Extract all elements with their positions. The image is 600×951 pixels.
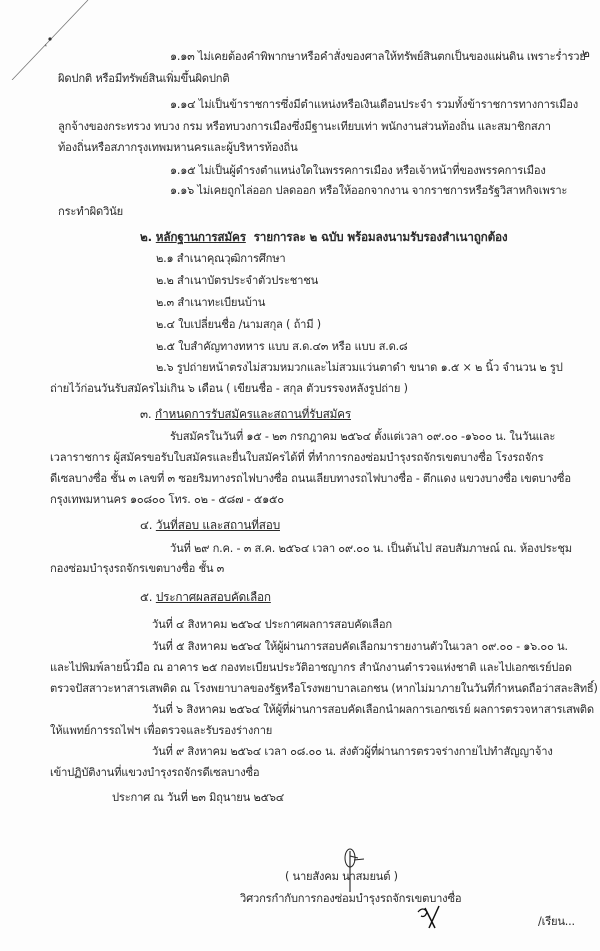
- section-3-title: กำหนดการรับสมัครและสถานที่รับสมัคร: [155, 407, 351, 421]
- section-5-line2: วันที่ ๕ สิงหาคม ๒๕๖๔ ให้ผู้ผ่านการสอบคั…: [152, 640, 568, 654]
- item-2-5: ๒.๕ ใบสำคัญทางทหาร แบบ ส.ด.๔๓ หรือ แบบ ส…: [156, 340, 407, 354]
- section-4-line1: วันที่ ๒๙ ก.ค. - ๓ ส.ค. ๒๕๖๔ เวลา ๐๙.๐๐ …: [170, 542, 572, 556]
- item-1-13-line1: ๑.๑๓ ไม่เคยต้องคำพิพากษาหรือคำสั่งของศาล…: [170, 50, 586, 64]
- section-5-line5: วันที่ ๖ สิงหาคม ๒๕๖๔ ให้ผู้ที่ผ่านการสอ…: [152, 703, 594, 717]
- item-2-6-line1: ๒.๖ รูปถ่ายหน้าตรงไม่สวมหมวกและไม่สวมแว่…: [156, 361, 563, 375]
- item-2-6-line2: ถ่ายไว้ก่อนวันรับสมัครไม่เกิน ๖ เดือน ( …: [50, 382, 408, 396]
- initials-mark-icon: [415, 902, 445, 932]
- section-4-title: วันที่สอบ และสถานที่สอบ: [156, 518, 280, 532]
- section-2-number: ๒.: [140, 230, 152, 244]
- signatory-name: ( นายสังคม นาสมยนต์ ): [285, 870, 398, 884]
- section-4-heading: ๔. วันที่สอบ และสถานที่สอบ: [140, 518, 280, 532]
- section-4-number: ๔.: [140, 518, 152, 532]
- document-page: ุ ๒ ๑.๑๓ ไม่เคยต้องคำพิพากษาหรือคำสั่งขอ…: [0, 0, 600, 951]
- continued-marker: /เรียน...: [538, 915, 575, 929]
- section-3-line1: รับสมัครในวันที่ ๑๕ - ๒๓ กรกฎาคม ๒๕๖๔ ตั…: [170, 430, 555, 444]
- section-5-number: ๕.: [140, 590, 152, 604]
- section-3-line3: ดีเซลบางซื่อ ชั้น ๓ เลขที่ ๓ ซอยริมทางรถ…: [50, 472, 571, 486]
- section-3-heading: ๓. กำหนดการรับสมัครและสถานที่รับสมัคร: [140, 407, 351, 421]
- section-2-subtitle: รายการละ ๒ ฉบับ พร้อมลงนามรับรองสำเนาถูก…: [254, 230, 508, 244]
- section-5-line3: และไปพิมพ์ลายนิ้วมือ ณ อาคาร ๒๕ กองทะเบี…: [50, 661, 572, 675]
- section-5-line4: ตรวจปัสสาวะหาสารเสพติด ณ โรงพยาบาลของรัฐ…: [50, 682, 598, 696]
- section-5-line6: ให้แพทย์การรถไฟฯ เพื่อตรวจและรับรองร่างก…: [50, 724, 272, 738]
- section-5-line1: วันที่ ๔ สิงหาคม ๒๕๖๔ ประกาศผลการสอบคัดเ…: [152, 618, 392, 632]
- item-1-14-line2: ลูกจ้างของกระทรวง ทบวง กรม หรือทบวงการเม…: [58, 120, 551, 134]
- item-2-3: ๒.๓ สำเนาทะเบียนบ้าน: [156, 296, 265, 310]
- section-5-heading: ๕. ประกาศผลสอบคัดเลือก: [140, 590, 271, 604]
- section-3-number: ๓.: [140, 407, 151, 421]
- item-1-14-line3: ท้องถิ่นหรือสภากรุงเทพมหานครและผู้บริหาร…: [58, 141, 298, 155]
- item-1-13-line2: ผิดปกติ หรือมีทรัพย์สินเพิ่มขึ้นผิดปกติ: [58, 72, 229, 86]
- section-5-title: ประกาศผลสอบคัดเลือก: [156, 590, 271, 604]
- item-1-16-line2: กระทำผิดวินัย: [58, 205, 123, 219]
- section-5-line8: เข้าปฏิบัติงานที่แขวงบำรุงรถจักรดีเซลบาง…: [50, 766, 259, 780]
- section-2-heading: ๒. หลักฐานการสมัคร รายการละ ๒ ฉบับ พร้อม…: [140, 230, 508, 244]
- section-5-line7: วันที่ ๙ สิงหาคม ๒๕๖๔ เวลา ๐๘.๐๐ น. ส่งต…: [152, 745, 553, 759]
- item-1-16-line1: ๑.๑๖ ไม่เคยถูกไล่ออก ปลดออก หรือให้ออกจา…: [170, 184, 567, 198]
- section-3-line2: เวลาราชการ ผู้สมัครขอรับใบสมัครและยื่นใบ…: [50, 451, 543, 465]
- fold-line-mark: ุ: [0, 0, 120, 80]
- section-3-line4: กรุงเทพมหานคร ๑๐๘๐๐ โทร. ๐๒ - ๕๘๗ - ๕๑๕๐: [50, 493, 284, 507]
- item-1-15: ๑.๑๕ ไม่เป็นผู้ดำรงตำแหน่งใดในพรรคการเมื…: [170, 164, 546, 178]
- section-4-line2: กองซ่อมบำรุงรถจักรเขตบางซื่อ ชั้น ๓: [50, 562, 224, 576]
- item-2-4: ๒.๔ ใบเปลี่ยนชื่อ /นามสกุล ( ถ้ามี ): [156, 318, 321, 332]
- item-2-1: ๒.๑ สำเนาคุณวุฒิการศึกษา: [156, 252, 286, 266]
- announcement-date: ประกาศ ณ วันที่ ๒๓ มิถุนายน ๒๕๖๔: [112, 791, 284, 805]
- section-2-title: หลักฐานการสมัคร: [156, 230, 246, 244]
- item-2-2: ๒.๒ สำเนาบัตรประจำตัวประชาชน: [156, 274, 318, 288]
- item-1-14-line1: ๑.๑๔ ไม่เป็นข้าราชการซึ่งมีตำแหน่งหรือเง…: [170, 98, 578, 112]
